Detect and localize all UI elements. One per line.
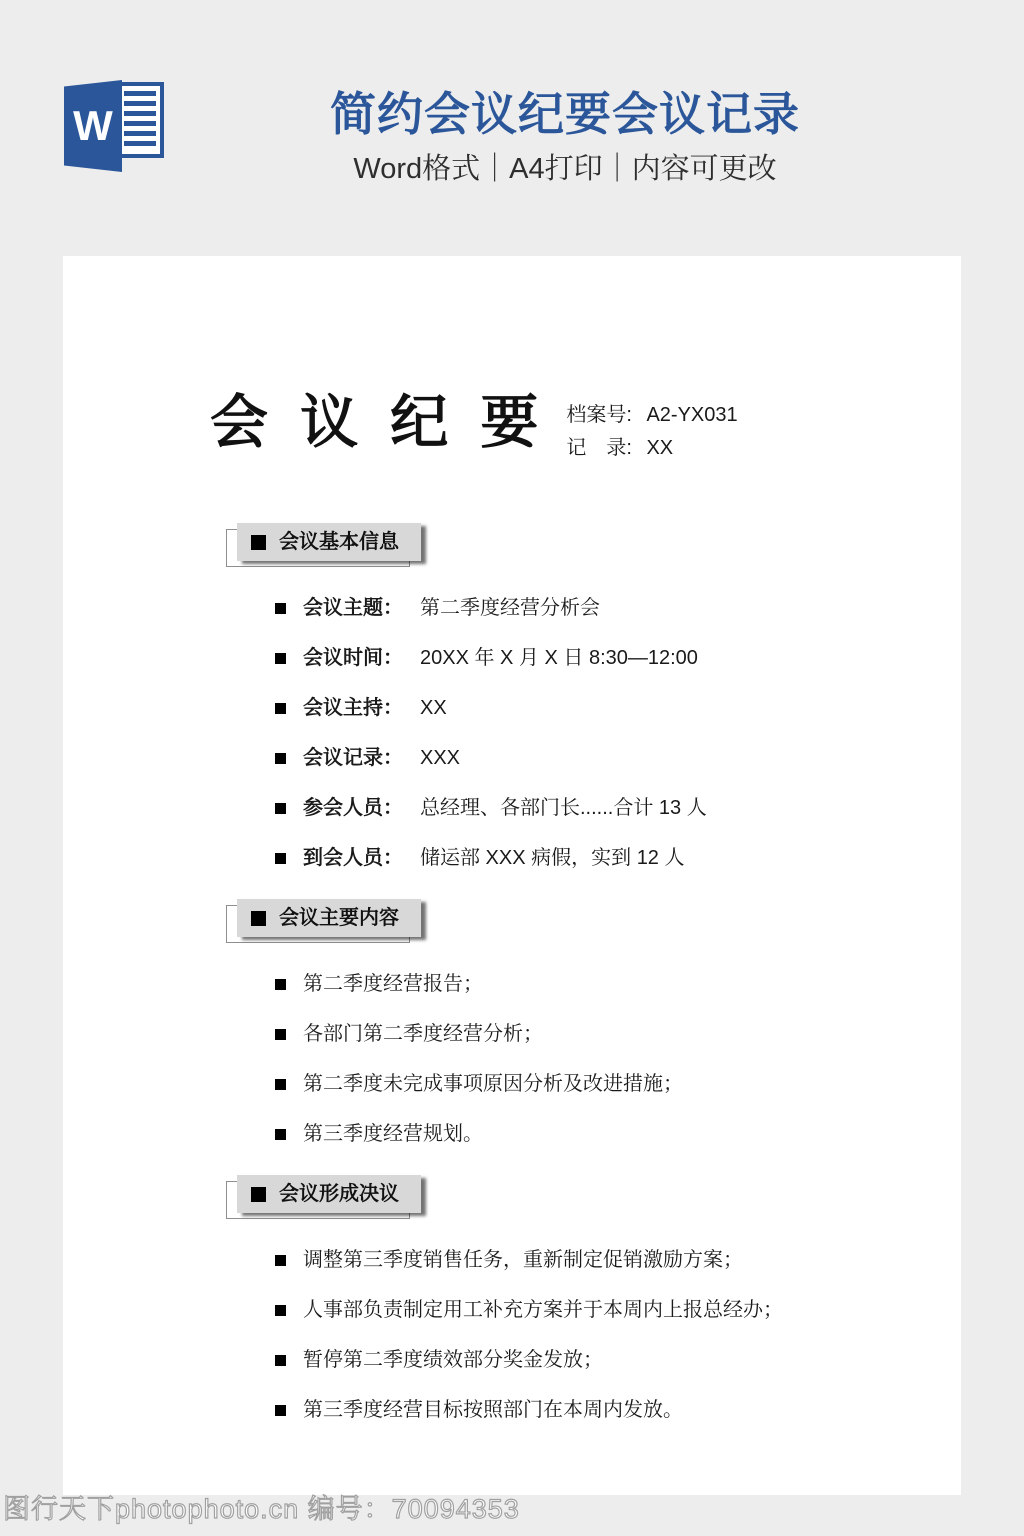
archive-no-value: A2-YX031 bbox=[646, 404, 737, 426]
document-meta: 档案号: A2-YX031 记 录: XX bbox=[566, 392, 737, 465]
section-header: 会议主要内容 bbox=[237, 899, 421, 937]
banner-subtitle: Word格式｜A4打印｜内容可更改 bbox=[300, 152, 830, 186]
section-header: 会议基本信息 bbox=[237, 523, 421, 561]
list-item-text: 第二季度经营分析会 bbox=[420, 597, 600, 619]
document-page: 会 议 纪 要 档案号: A2-YX031 记 录: XX 会议基本信息 bbox=[63, 256, 961, 1495]
list-item-text: XX bbox=[420, 697, 447, 719]
section-heading: 会议主要内容 bbox=[279, 906, 399, 930]
list-item-text: 20XX 年 X 月 X 日 8:30—12:00 bbox=[420, 647, 698, 669]
bullet-list: 第二季度经营报告； 各部门第二季度经营分析； 第二季度未完成事项原因分析及改进措… bbox=[275, 973, 961, 1145]
list-item-text: 各部门第二季度经营分析； bbox=[303, 1023, 543, 1045]
section-header: 会议形成决议 bbox=[237, 1175, 421, 1213]
list-item-text: 储运部 XXX 病假，实到 12 人 bbox=[420, 847, 685, 869]
document-section: 会议基本信息 会议主题： 第二季度经营分析会 会议时间： 20XX 年 X 月 … bbox=[237, 523, 961, 869]
list-item-text: 人事部负责制定用工补充方案并于本周内上报总经办； bbox=[303, 1299, 783, 1321]
list-item: 第三季度经营规划。 bbox=[275, 1123, 961, 1145]
list-item: 人事部负责制定用工补充方案并于本周内上报总经办； bbox=[275, 1299, 961, 1321]
square-bullet-icon bbox=[275, 979, 286, 990]
list-item: 会议时间： 20XX 年 X 月 X 日 8:30—12:00 bbox=[275, 647, 961, 669]
list-item-label: 会议主持： bbox=[303, 697, 403, 719]
list-item-label: 会议主题： bbox=[303, 597, 403, 619]
section-heading: 会议形成决议 bbox=[279, 1182, 399, 1206]
square-bullet-icon bbox=[275, 603, 286, 614]
recorder-label: 记 录: bbox=[566, 437, 632, 459]
square-bullet-icon bbox=[275, 1355, 286, 1366]
section-heading: 会议基本信息 bbox=[279, 530, 399, 554]
meta-row-recorder: 记 录: XX bbox=[566, 432, 737, 465]
list-item-label: 会议记录： bbox=[303, 747, 403, 769]
list-item-text: 第三季度经营规划。 bbox=[303, 1123, 483, 1145]
list-item: 第二季度经营报告； bbox=[275, 973, 961, 995]
sections: 会议基本信息 会议主题： 第二季度经营分析会 会议时间： 20XX 年 X 月 … bbox=[63, 523, 961, 1421]
square-bullet-icon bbox=[275, 1255, 286, 1266]
word-flag-icon: W bbox=[64, 80, 122, 172]
square-bullet-icon bbox=[275, 653, 286, 664]
word-logo-icon: W bbox=[64, 80, 166, 172]
square-bullet-icon bbox=[251, 535, 266, 550]
square-bullet-icon bbox=[275, 1029, 286, 1040]
list-item: 会议记录： XXX bbox=[275, 747, 961, 769]
document-section: 会议主要内容 第二季度经营报告； 各部门第二季度经营分析； 第二季度未完成事项原… bbox=[237, 899, 961, 1145]
bullet-list: 调整第三季度销售任务，重新制定促销激励方案； 人事部负责制定用工补充方案并于本周… bbox=[275, 1249, 961, 1421]
archive-no-label: 档案号: bbox=[566, 404, 632, 426]
meta-row-archive-no: 档案号: A2-YX031 bbox=[566, 399, 737, 432]
list-item-text: 第三季度经营目标按照部门在本周内发放。 bbox=[303, 1399, 683, 1421]
square-bullet-icon bbox=[275, 1129, 286, 1140]
list-item: 第三季度经营目标按照部门在本周内发放。 bbox=[275, 1399, 961, 1421]
square-bullet-icon bbox=[275, 853, 286, 864]
list-item: 调整第三季度销售任务，重新制定促销激励方案； bbox=[275, 1249, 961, 1271]
list-item-text: 总经理、各部门长......合计 13 人 bbox=[420, 797, 707, 819]
list-item: 会议主题： 第二季度经营分析会 bbox=[275, 597, 961, 619]
banner-title: 简约会议纪要会议记录 bbox=[300, 88, 830, 140]
square-bullet-icon bbox=[251, 1187, 266, 1202]
list-item: 第二季度未完成事项原因分析及改进措施； bbox=[275, 1073, 961, 1095]
watermark: 图行天下photophoto.cn 编号：70094353 bbox=[3, 1487, 520, 1526]
section-header-box: 会议主要内容 bbox=[237, 899, 421, 937]
bullet-list: 会议主题： 第二季度经营分析会 会议时间： 20XX 年 X 月 X 日 8:3… bbox=[275, 597, 961, 869]
list-item: 会议主持： XX bbox=[275, 697, 961, 719]
list-item: 参会人员： 总经理、各部门长......合计 13 人 bbox=[275, 797, 961, 819]
word-letter: W bbox=[73, 105, 113, 147]
square-bullet-icon bbox=[275, 1405, 286, 1416]
square-bullet-icon bbox=[275, 1079, 286, 1090]
section-header-box: 会议基本信息 bbox=[237, 523, 421, 561]
list-item-text: 调整第三季度销售任务，重新制定促销激励方案； bbox=[303, 1249, 743, 1271]
square-bullet-icon bbox=[275, 803, 286, 814]
section-header-box: 会议形成决议 bbox=[237, 1175, 421, 1213]
banner-text: 简约会议纪要会议记录 Word格式｜A4打印｜内容可更改 bbox=[300, 88, 830, 186]
list-item-text: 第二季度经营报告； bbox=[303, 973, 483, 995]
square-bullet-icon bbox=[275, 1305, 286, 1316]
square-bullet-icon bbox=[251, 911, 266, 926]
template-preview: W 简约会议纪要会议记录 Word格式｜A4打印｜内容可更改 会 议 纪 要 档… bbox=[0, 0, 1024, 1536]
square-bullet-icon bbox=[275, 703, 286, 714]
word-document-sheet-icon bbox=[116, 82, 164, 158]
banner: W 简约会议纪要会议记录 Word格式｜A4打印｜内容可更改 bbox=[0, 0, 1024, 256]
document-title-row: 会 议 纪 要 档案号: A2-YX031 记 录: XX bbox=[210, 256, 961, 465]
document-section: 会议形成决议 调整第三季度销售任务，重新制定促销激励方案； 人事部负责制定用工补… bbox=[237, 1175, 961, 1421]
list-item-label: 到会人员： bbox=[303, 847, 403, 869]
document-title: 会 议 纪 要 bbox=[210, 392, 546, 454]
list-item-label: 会议时间： bbox=[303, 647, 403, 669]
list-item: 各部门第二季度经营分析； bbox=[275, 1023, 961, 1045]
list-item-text: XXX bbox=[420, 747, 460, 769]
list-item-text: 第二季度未完成事项原因分析及改进措施； bbox=[303, 1073, 683, 1095]
square-bullet-icon bbox=[275, 753, 286, 764]
list-item: 到会人员： 储运部 XXX 病假，实到 12 人 bbox=[275, 847, 961, 869]
list-item: 暂停第二季度绩效部分奖金发放； bbox=[275, 1349, 961, 1371]
list-item-text: 暂停第二季度绩效部分奖金发放； bbox=[303, 1349, 603, 1371]
recorder-value: XX bbox=[646, 437, 673, 459]
list-item-label: 参会人员： bbox=[303, 797, 403, 819]
